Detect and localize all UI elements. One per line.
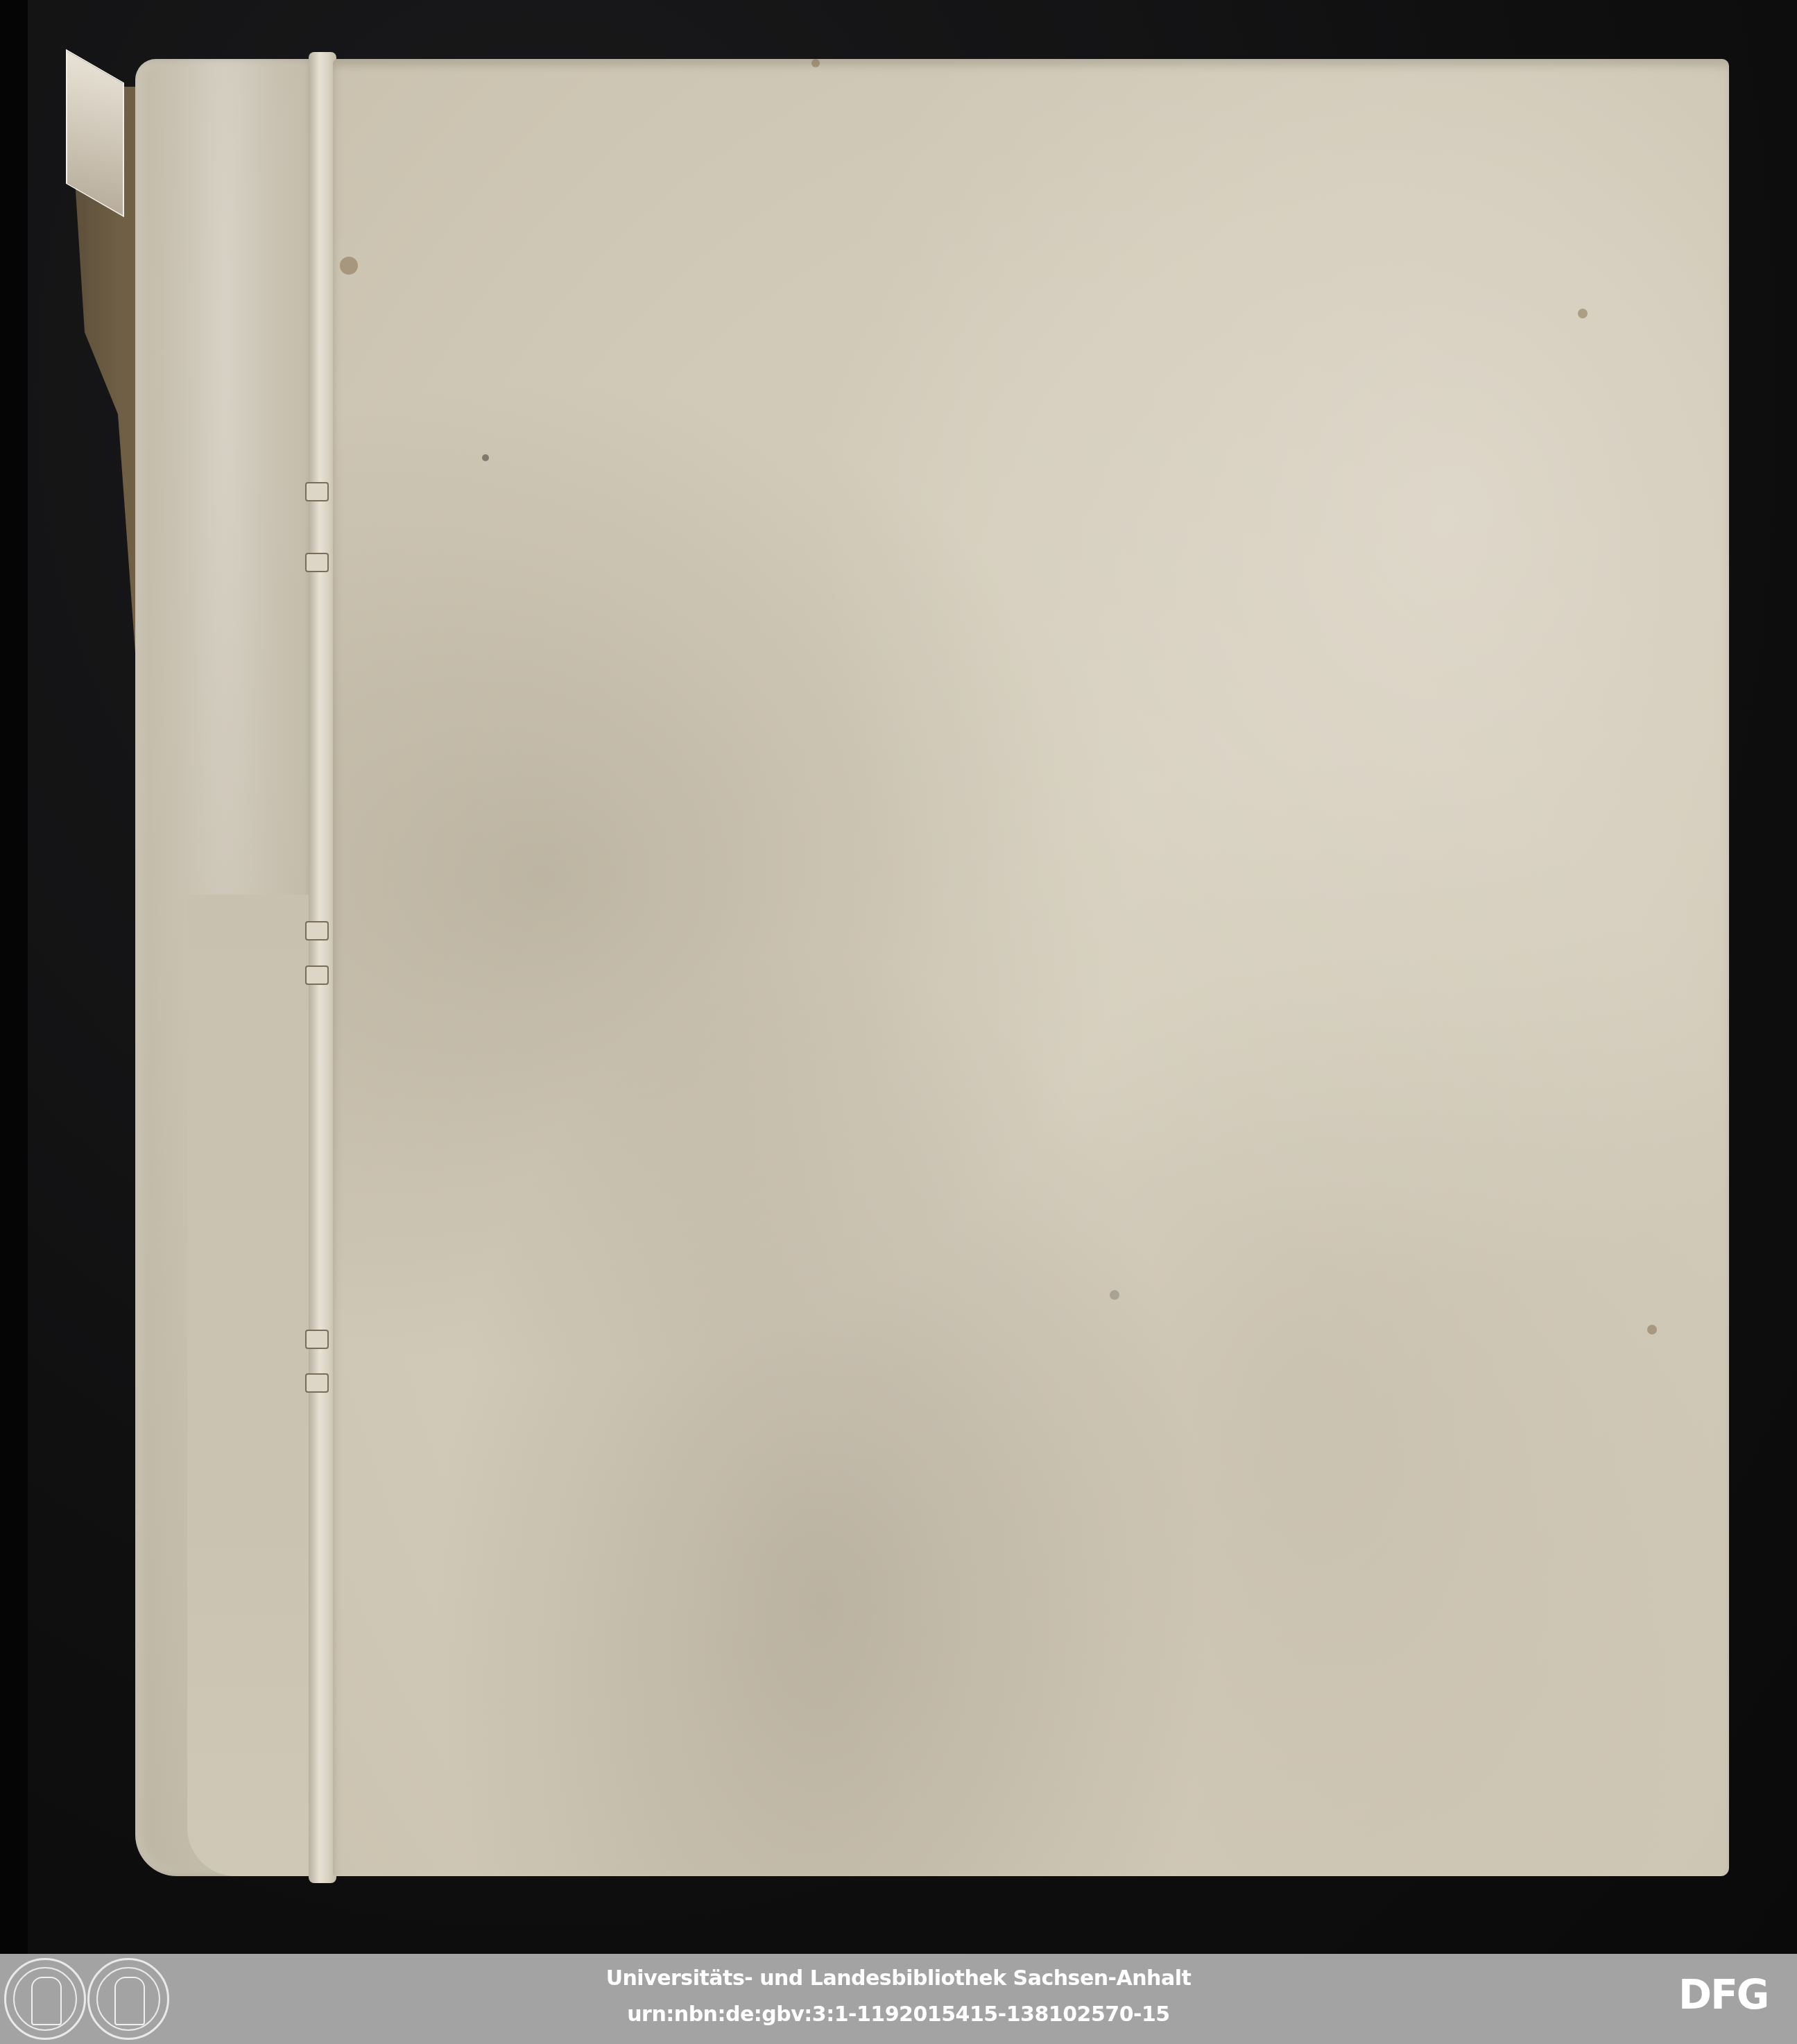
lacing-thong-icon	[305, 482, 329, 501]
institution-name: Universitäts- und Landesbibliothek Sachs…	[0, 1966, 1797, 1991]
scan-edge-shadow	[0, 0, 28, 1954]
book-spine-lower	[187, 895, 319, 1876]
stain-mark	[811, 59, 820, 67]
stain-mark	[1578, 309, 1588, 318]
lacing-thong-icon	[305, 965, 329, 985]
lacing-thong-icon	[305, 1330, 329, 1349]
stain-mark	[1110, 1290, 1119, 1300]
footer-bar: Universitäts- und Landesbibliothek Sachs…	[0, 1954, 1797, 2044]
stain-mark	[1647, 1325, 1657, 1334]
urn-identifier: urn:nbn:de:gbv:3:1-1192015415-138102570-…	[0, 2002, 1797, 2027]
dfg-logo: DFG	[1678, 1975, 1768, 2015]
lacing-thong-icon	[305, 553, 329, 572]
lacing-thong-icon	[305, 921, 329, 941]
front-cover	[333, 59, 1729, 1876]
stain-mark	[340, 257, 358, 275]
stain-mark	[482, 454, 489, 461]
lacing-thong-icon	[305, 1373, 329, 1393]
